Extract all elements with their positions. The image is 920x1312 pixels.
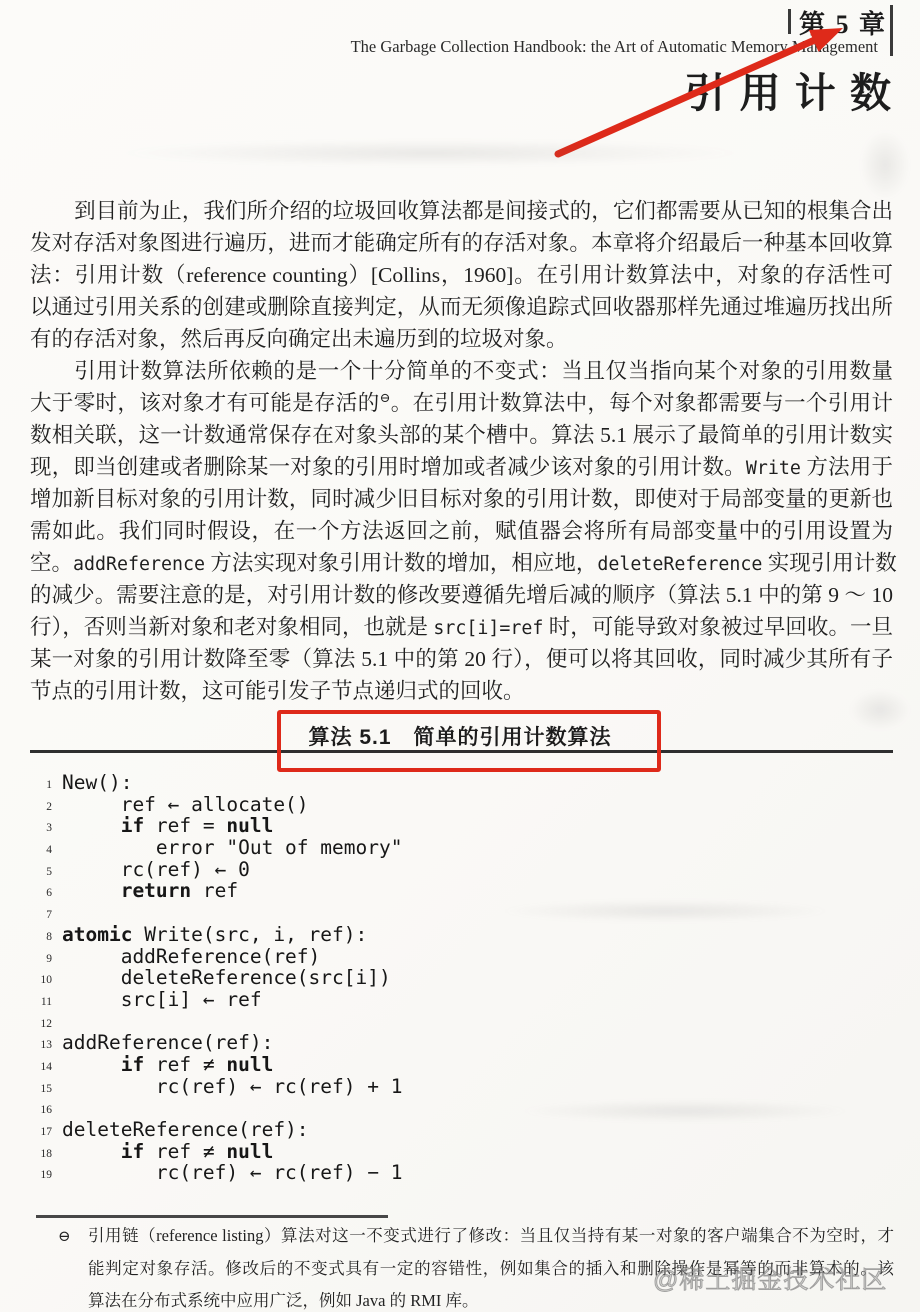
code-line: 12 [34,1011,402,1033]
code-line: 13 addReference(ref): [34,1032,402,1054]
code-text: addReference(ref) [62,946,320,968]
code-line: 16 [34,1097,402,1119]
text-line: 以通过引用关系的创建或删除直接判定，从而无须像追踪式回收器那样先通过堆遍历找出所 [30,291,893,323]
code-line: 11 src[i] ← ref [34,989,402,1011]
chapter-title: 引 用 计 数 [684,60,893,119]
scan-artifact [500,900,830,922]
code-line: 2 ref ← allocate() [34,794,402,816]
code-line-number: 10 [34,967,52,986]
footnote-separator-rule [36,1215,388,1218]
algorithm-code-block: 1 New(): 2 ref ← allocate() 3 if ref = n… [34,772,402,1184]
code-text: atomic Write(src, i, ref): [62,924,367,946]
book-subtitle: The Garbage Collection Handbook: the Art… [351,37,878,57]
code-line-number: 13 [34,1032,52,1051]
code-line-number: 5 [34,859,52,878]
code-line: 1 New(): [34,772,402,794]
footnote-marker: ⊖ [58,1227,71,1246]
code-line: 8 atomic Write(src, i, ref): [34,924,402,946]
code-line-number: 7 [34,902,52,921]
code-line-number: 18 [34,1141,52,1160]
code-line-number: 8 [34,924,52,943]
text-line: 某一对象的引用计数降至零（算法 5.1 中的第 20 行），便可以将其回收，同时… [30,643,893,675]
code-line-number: 4 [34,837,52,856]
code-text: deleteReference(ref): [62,1119,309,1141]
paragraph-1: 到目前为止，我们所介绍的垃圾回收算法都是间接式的，它们都需要从已知的根集合出发对… [30,195,893,355]
code-line: 18 if ref ≠ null [34,1141,402,1163]
code-text: deleteReference(src[i]) [62,967,391,989]
code-line: 7 [34,902,402,924]
code-line: 3 if ref = null [34,815,402,837]
code-line-number: 1 [34,772,52,791]
code-line-number: 19 [34,1162,52,1181]
code-line: 14 if ref ≠ null [34,1054,402,1076]
code-line-number: 16 [34,1097,52,1116]
text-line: 空。addReference 方法实现对象引用计数的增加，相应地，deleteR… [30,547,893,579]
body-text: 到目前为止，我们所介绍的垃圾回收算法都是间接式的，它们都需要从已知的根集合出发对… [30,195,893,707]
code-line: 19 rc(ref) ← rc(ref) − 1 [34,1162,402,1184]
code-text: rc(ref) ← rc(ref) + 1 [62,1076,402,1098]
code-line: 15 rc(ref) ← rc(ref) + 1 [34,1076,402,1098]
code-text: ref ← allocate() [62,794,309,816]
text-line: 需如此。我们同时假设，在一个方法返回之前，赋值器会将所有局部变量中的引用设置为 [30,515,893,547]
code-line-number: 11 [34,989,52,1008]
text-line: 引用计数算法所依赖的是一个十分简单的不变式：当且仅当指向某个对象的引用数量 [30,355,893,387]
scanned-book-page: 第 5 章 The Garbage Collection Handbook: t… [0,0,920,1312]
code-line: 9 addReference(ref) [34,946,402,968]
code-line-number: 12 [34,1011,52,1030]
paragraph-2: 引用计数算法所依赖的是一个十分简单的不变式：当且仅当指向某个对象的引用数量大于零… [30,355,893,707]
footnote-line: 引用链（reference listing）算法对这一不变式进行了修改：当且仅当… [88,1222,894,1255]
code-text: addReference(ref): [62,1032,273,1054]
scan-artifact [120,140,740,166]
code-line-number: 9 [34,946,52,965]
code-text: if ref ≠ null [62,1054,273,1076]
code-line: 17 deleteReference(ref): [34,1119,402,1141]
code-line: 6 return ref [34,880,402,902]
red-highlight-box [277,710,661,772]
watermark: @稀土掘金技术社区 [653,1260,887,1296]
code-text: src[i] ← ref [62,989,262,1011]
code-line-number: 17 [34,1119,52,1138]
code-line: 5 rc(ref) ← 0 [34,859,402,881]
text-line: 行），否则当新对象和老对象相同，也就是 src[i]=ref 时，可能导致对象被… [30,611,893,643]
code-line-number: 14 [34,1054,52,1073]
chapter-label: 第 5 章 [799,4,887,41]
code-text: return ref [62,880,238,902]
text-line: 法：引用计数（reference counting）[Collins，1960]… [30,259,893,291]
scan-artifact [520,1100,850,1122]
scan-artifact [860,130,910,200]
code-line-number: 6 [34,880,52,899]
code-line-number: 15 [34,1076,52,1095]
text-line: 数相关联，这一计数通常保存在对象头部的某个槽中。算法 5.1 展示了最简单的引用… [30,419,893,451]
text-line: 有的存活对象，然后再反向确定出未遍历到的垃圾对象。 [30,323,893,355]
code-line: 4 error "Out of memory" [34,837,402,859]
text-line: 现，即当创建或者删除某一对象的引用时增加或者减少该对象的引用计数。Write 方… [30,451,893,483]
chapter-label-right-rule [890,5,893,56]
text-line: 增加新目标对象的引用计数，同时减少旧目标对象的引用计数，即使对于局部变量的更新也 [30,483,893,515]
text-line: 大于零时，该对象才有可能是存活的⊖。在引用计数算法中，每个对象都需要与一个引用计 [30,387,893,419]
chapter-label-left-rule [788,9,791,34]
code-line: 10 deleteReference(src[i]) [34,967,402,989]
code-text: if ref ≠ null [62,1141,273,1163]
code-text: error "Out of memory" [62,837,402,859]
code-line-number: 3 [34,815,52,834]
code-text: rc(ref) ← 0 [62,859,250,881]
code-text: rc(ref) ← rc(ref) − 1 [62,1162,402,1184]
text-line: 节点的引用计数，这可能引发子节点递归式的回收。 [30,675,893,707]
text-line: 的减少。需要注意的是，对引用计数的修改要遵循先增后减的顺序（算法 5.1 中的第… [30,579,893,611]
text-line: 到目前为止，我们所介绍的垃圾回收算法都是间接式的，它们都需要从已知的根集合出 [30,195,893,227]
code-text: New(): [62,772,132,794]
text-line: 发对存活对象图进行遍历，进而才能确定所有的存活对象。本章将介绍最后一种基本回收算 [30,227,893,259]
code-text: if ref = null [62,815,273,837]
code-line-number: 2 [34,794,52,813]
